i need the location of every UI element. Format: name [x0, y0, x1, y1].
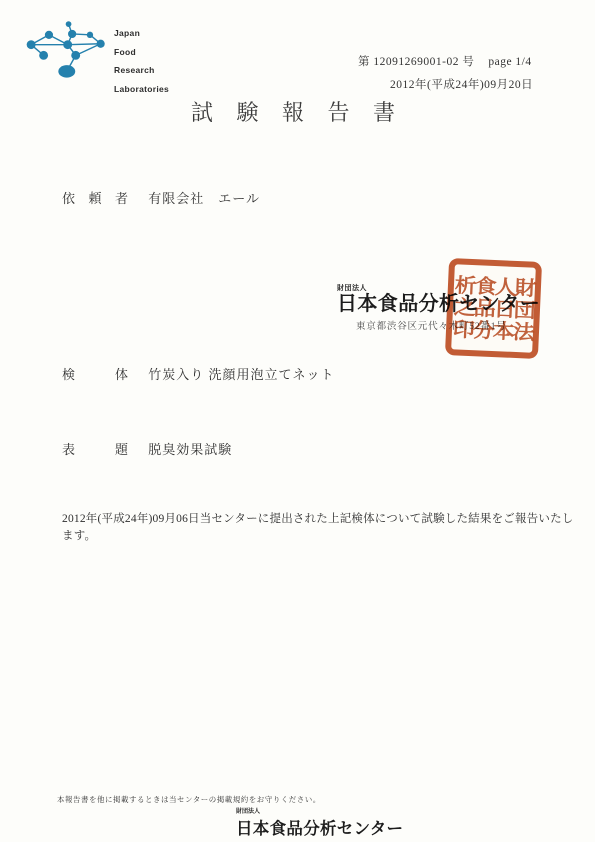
field-subject-value: 脱臭効果試験 [148, 442, 232, 457]
field-sample: 検 体 竹炭入り 洗顔用泡立てネット [62, 364, 335, 383]
jfrl-logo: Japan Food Research Laboratories [24, 14, 169, 98]
document-header: 第 12091269001-02 号page 1/4 2012年(平成24年)0… [358, 53, 533, 92]
page-indicator: page 1/4 [488, 56, 531, 68]
field-subject-label: 表 題 [62, 439, 128, 458]
logo-word-japan: Japan [114, 24, 169, 43]
seal-column: 析之印 [450, 274, 475, 341]
report-statement: 2012年(平成24年)09月06日当センターに提出された上記検体について試験し… [62, 511, 582, 545]
field-sample-value: 竹炭入り 洗顔用泡立てネット [148, 367, 334, 382]
field-subject: 表 題 脱臭効果試験 [62, 439, 232, 458]
document-number-line: 第 12091269001-02 号page 1/4 [358, 53, 533, 69]
jfrl-logo-molecule-icon [24, 14, 106, 86]
report-date: 2012年(平成24年)09月20日 [358, 76, 533, 92]
field-client-value: 有限会社 エール [148, 191, 260, 206]
footer-note: 本報告書を他に掲載するときは当センターの掲載規約をお守りください。 [57, 794, 321, 805]
logo-word-research: Research [114, 61, 169, 80]
red-seal-stamp: 財団法 人日本 食品分 析之印 [445, 258, 542, 359]
footer-org-legal-prefix: 財団法人 [236, 806, 403, 815]
field-client-label: 依 頼 者 [62, 188, 128, 207]
footer-organization: 財団法人 日本食品分析センター [236, 806, 403, 839]
report-page: Japan Food Research Laboratories 第 12091… [0, 0, 595, 842]
document-number: 第 12091269001-02 号 [358, 56, 474, 68]
footer-org-name: 日本食品分析センター [236, 815, 403, 839]
field-client: 依 頼 者 有限会社 エール [62, 188, 260, 207]
field-sample-label: 検 体 [62, 364, 128, 383]
jfrl-logo-wordmark: Japan Food Research Laboratories [114, 24, 169, 98]
logo-word-food: Food [114, 43, 169, 62]
report-title: 試 験 報 告 書 [0, 96, 595, 127]
